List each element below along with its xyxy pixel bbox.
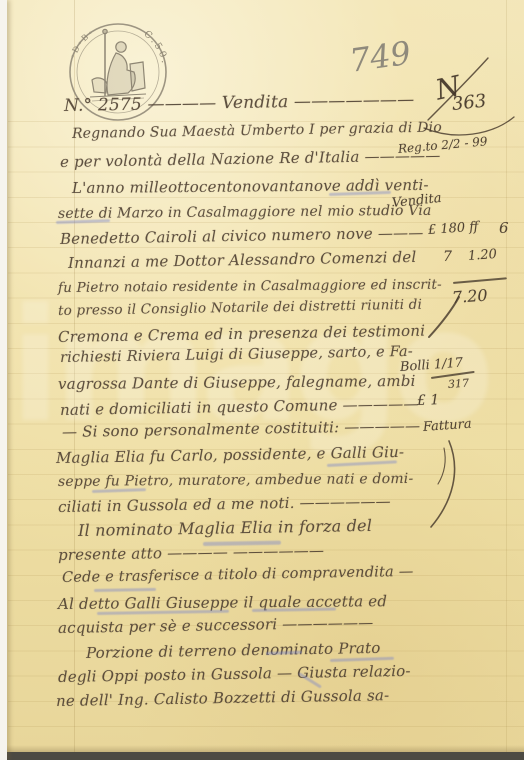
manuscript-line-16: seppe fu Pietro, muratore, ambedue nati …	[58, 471, 414, 490]
manuscript-line-5: sette di Marzo in Casalmaggiore nel mio …	[58, 203, 432, 222]
margin-note-5: 7	[443, 249, 452, 265]
right-edge-line	[506, 0, 507, 760]
bottom-shadow	[5, 745, 524, 752]
svg-text:◦D◦B◦: ◦D◦B◦	[68, 27, 96, 60]
margin-note-10: £ 1	[417, 392, 440, 409]
stamp-seated-figure-icon	[90, 29, 146, 101]
margin-note-7: 7.20	[451, 286, 488, 307]
stamp-denomination-text: C.50.	[142, 28, 171, 66]
header-mark-3: 363	[451, 90, 487, 114]
scan-left-edge	[0, 0, 7, 760]
svg-text:C.50.: C.50.	[142, 28, 171, 66]
margin-note-6: 1.20	[467, 247, 497, 264]
manuscript-line-8: fu Pietro notaio residente in Casalmaggi…	[58, 277, 442, 296]
margin-note-4: 6	[499, 219, 509, 237]
stamp-motto-text: ◦D◦B◦	[68, 27, 96, 60]
scan-bottom-edge	[5, 752, 524, 760]
document-page: imago C.50. ◦D◦B◦ N.° 2575 ———— Vendi	[0, 0, 524, 760]
margin-note-9: 317	[448, 377, 470, 391]
manuscript-line-12: vagrossa Dante di Giuseppe, falegname, a…	[58, 372, 416, 393]
